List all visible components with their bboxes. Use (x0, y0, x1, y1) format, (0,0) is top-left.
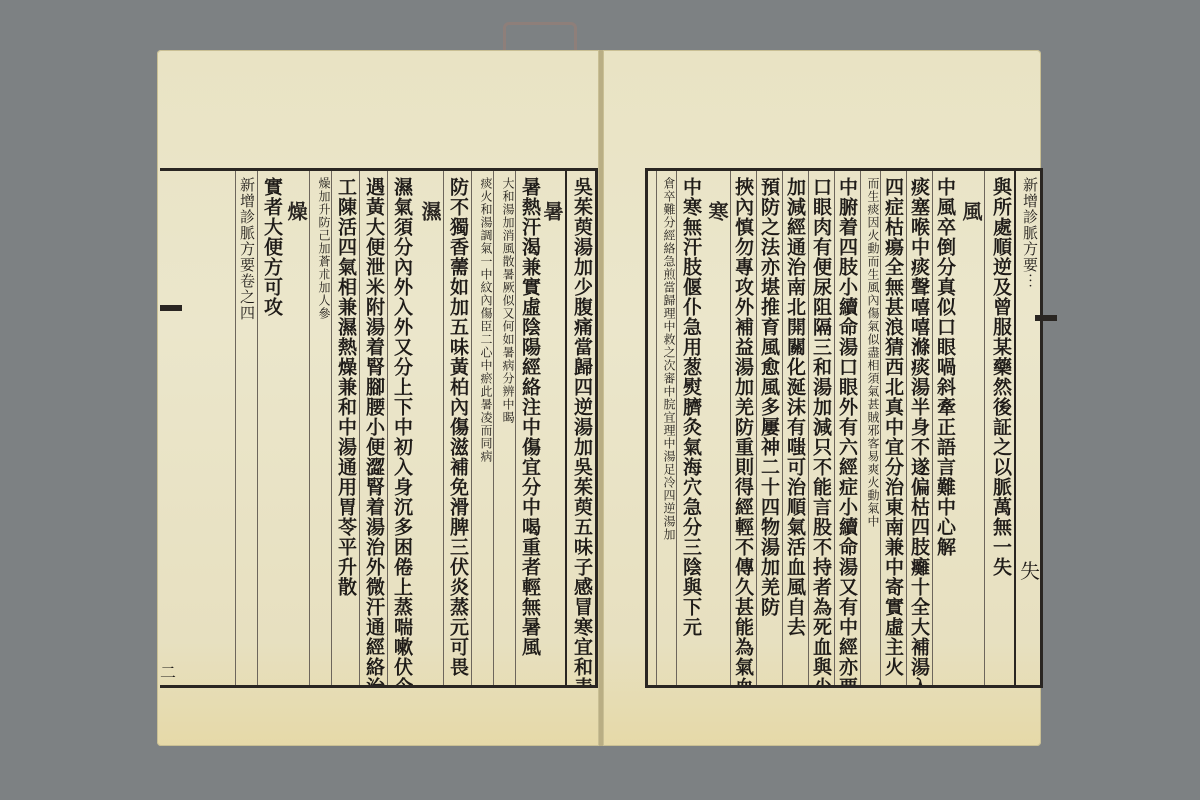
text-column: 工陳活四氣相兼濕熱燥兼和中湯通用胃苓平升散 (331, 171, 359, 685)
text-column: 而生痰因火動而生風內傷氣似盡相須氣甚賊邪客易爽火動氣中 (860, 171, 880, 685)
text-column: 暑熱汗渴兼實虛陰陽經絡注中傷宜分中喝重者輕無暑風 (515, 171, 543, 685)
text-column: 防不獨香薷如加五味黃柏內傷滋補免滑脾三伏炎蒸元可畏 (443, 171, 471, 685)
fishtail-mark (1035, 315, 1057, 321)
heading-dry: 燥 (285, 171, 309, 685)
text-column: 四症枯瘍全無甚浪猜西北真中宜分治東南兼中寄實虛主火 (880, 171, 906, 685)
right-margin-title: 新增診脈方要⋯ (1014, 171, 1040, 685)
right-page-text: 新增診脈方要⋯ 與所處順逆及曾服某藥然後証之以脈萬無一失 風 中風卒倒分真似口眼… (648, 171, 1040, 685)
text-column: 吳茱萸湯加少腹痛當歸四逆湯加吳茱萸五味子感冒寒宜和表香蘇散香正氣散內傷補益加之溫 (565, 171, 595, 685)
text-column: 挾內慎勿專攻外補益湯加羌防重則得經輕不傳久甚能為氣血害八物湯 (730, 171, 756, 685)
heading-damp: 濕 (415, 171, 443, 685)
right-intro-column: 與所處順逆及曾服某藥然後証之以脈萬無一失 (984, 171, 1014, 685)
left-page-text: 吳茱萸湯加少腹痛當歸四逆湯加吳茱萸五味子感冒寒宜和表香蘇散香正氣散內傷補益加之溫… (160, 171, 595, 685)
text-column: 中風卒倒分真似口眼喎斜牽正語言難中心解 (932, 171, 958, 685)
text-column: 實者大便方可攻 (257, 171, 285, 685)
text-column: 倉卒難分經絡急煎當歸理中救之次審中脘宜理中湯足冷四逆湯加 (656, 171, 676, 685)
right-column-mark: 失 (1020, 555, 1040, 584)
heading-wind: 風 (958, 171, 984, 685)
heading-cold: 寒 (704, 171, 730, 685)
text-column: 預防之法亦堪推育風愈風多屢神二十四物湯加羌防 (756, 171, 782, 685)
text-column: 中寒無汗肢偃仆急用葱熨臍灸氣海穴急分三陰與下元 (676, 171, 704, 685)
fishtail-mark (160, 305, 182, 311)
page-number-mark: 二 (160, 660, 176, 683)
text-column: 加減經通治南北開關化涎沫有嗤可治順氣活血風自去 (782, 171, 808, 685)
text-column: 痰火和湯調氣一中紋內傷臣二心中瘀此暑凌而同病 (471, 171, 493, 685)
text-column: 濕氣須分內外入外又分上下中初入身沉多困倦上蒸喘嗽伏令首如裹着脾腫脹 (387, 171, 415, 685)
left-margin-title: 新增診脈方要卷之四 (235, 171, 257, 685)
text-column: 中腑着四肢小續命湯口眼外有六經症小續命湯又有中經亦要兼 (834, 171, 860, 685)
text-column: 遇黃大便泄米附湯着腎腳腰小便澀腎着湯治外微汗通經絡治內滲小利便為妙 (359, 171, 387, 685)
text-column: 痰塞喉中痰聲嘻嘻滌痰湯半身不遂偏枯四肢癱十全大補湯入寶面春湯 (906, 171, 932, 685)
text-column: 口眼肉有便尿阻隔三和湯加減只不能言股不持者為死血與少血 (808, 171, 834, 685)
text-column: 燥加升防己加蒼朮加人參 (309, 171, 331, 685)
text-column: 大和湯加消風散暑厥似又何如暑病分辨中暍 (493, 171, 515, 685)
heading-heat: 暑 (543, 171, 565, 685)
